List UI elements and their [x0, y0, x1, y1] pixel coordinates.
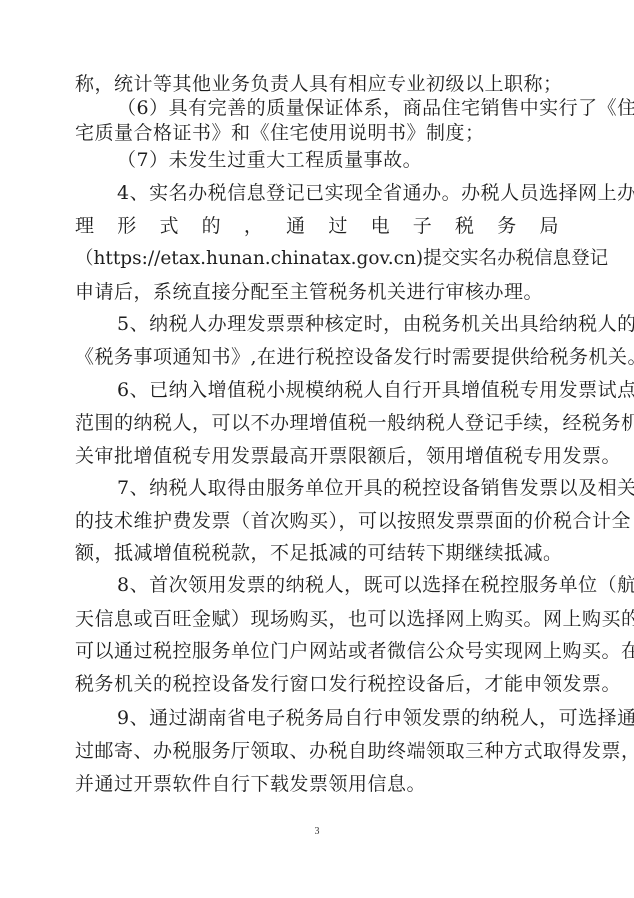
paragraph-7-line-3: 额，抵减增值税税款，不足抵减的可结转下期继续抵减。: [75, 540, 559, 566]
text-line-item-6: （6）具有完善的质量保证体系，商品住宅销售中实行了《住: [117, 95, 559, 121]
paragraph-7-line-2: 的技术维护费发票（首次购买），可以按照发票票面的价税合计全: [75, 508, 559, 534]
paragraph-6-line-2: 范围的纳税人，可以不办理增值税一般纳税人登记手续，经税务机: [75, 410, 559, 436]
paragraph-6-line-3: 关审批增值税专用发票最高开票限额后，领用增值税专用发票。: [75, 443, 559, 469]
paragraph-4-line-4: 申请后，系统直接分配至主管税务机关进行审核办理。: [75, 279, 559, 305]
text-line-item-6-cont: 宅质量合格证书》和《住宅使用说明书》制度；: [75, 120, 559, 146]
paragraph-8-line-3: 可以通过税控服务单位门户网站或者微信公众号实现网上购买。在: [75, 638, 559, 664]
paragraph-9-line-3: 并通过开票软件自行下载发票领用信息。: [75, 771, 559, 797]
paragraph-6-line-1: 6、已纳入增值税小规模纳税人自行开具增值税专用发票试点: [117, 377, 559, 403]
page-number: 3: [306, 825, 328, 839]
paragraph-4-line-3-url: （https://etax.hunan.chinatax.gov.cn)提交实名…: [75, 246, 559, 272]
text-line-item-7: （7）未发生过重大工程质量事故。: [117, 147, 559, 173]
paragraph-4-line-1: 4、实名办税信息登记已实现全省通办。办税人员选择网上办: [117, 180, 559, 206]
paragraph-4-line-2: 理形式的，通过电子税务局: [75, 213, 559, 239]
text-line-continuation-title: 称，统计等其他业务负责人具有相应专业初级以上职称；: [75, 71, 559, 97]
paragraph-8-line-2: 天信息或百旺金赋）现场购买，也可以选择网上购买。网上购买的: [75, 606, 559, 632]
paragraph-5-line-1: 5、纳税人办理发票票种核定时，由税务机关出具给纳税人的: [117, 311, 559, 337]
paragraph-9-line-1: 9、通过湖南省电子税务局自行申领发票的纳税人，可选择通: [117, 705, 559, 731]
paragraph-9-line-2: 过邮寄、办税服务厅领取、办税自助终端领取三种方式取得发票，: [75, 738, 559, 764]
paragraph-8-line-4: 税务机关的税控设备发行窗口发行税控设备后，才能申领发票。: [75, 671, 559, 697]
document-page: 称，统计等其他业务负责人具有相应专业初级以上职称； （6）具有完善的质量保证体系…: [0, 0, 634, 898]
paragraph-5-line-2: 《税务事项通知书》,在进行税控设备发行时需要提供给税务机关。: [75, 344, 559, 370]
paragraph-8-line-1: 8、首次领用发票的纳税人，既可以选择在税控服务单位（航: [117, 572, 559, 598]
paragraph-7-line-1: 7、纳税人取得由服务单位开具的税控设备销售发票以及相关: [117, 475, 559, 501]
